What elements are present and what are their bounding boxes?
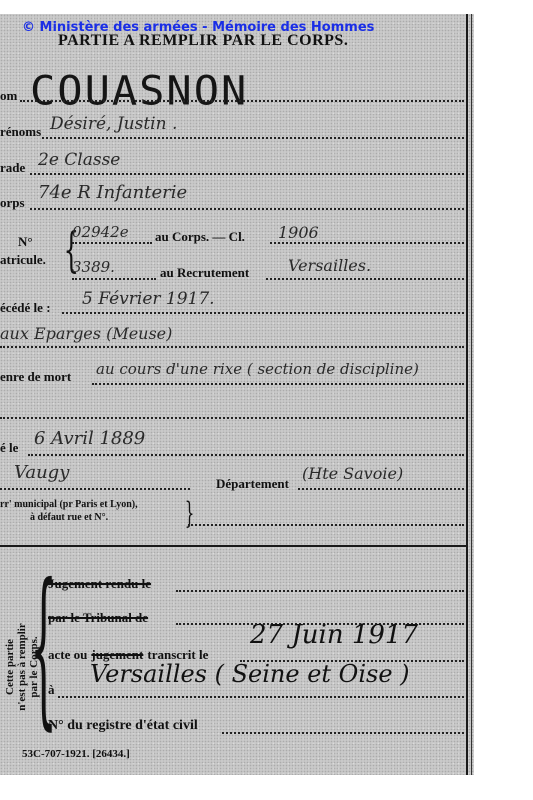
- matricule-label: atricule.: [0, 252, 46, 268]
- recrutement-value: Versailles.: [288, 256, 371, 275]
- ne-le-line: [28, 454, 464, 456]
- grade-label: rade: [0, 160, 25, 176]
- classe-value: 1906: [278, 223, 319, 242]
- matricule-corps-label: au Corps. — Cl.: [155, 229, 245, 245]
- lieu-naissance-value: Vaugy: [14, 462, 69, 483]
- acte-label-1: acte ou: [48, 647, 87, 662]
- arr-line: [188, 524, 464, 526]
- decede-label: écédé le :: [0, 300, 51, 316]
- prenoms-line: [42, 137, 464, 139]
- side-note-line-2: n'est pas à remplir: [16, 592, 28, 742]
- departement-line: [298, 488, 464, 490]
- prenoms-label: rénoms: [0, 124, 41, 140]
- a-value: Versailles ( Seine et Oise ): [90, 660, 410, 688]
- genre-mort-value: au cours d'une rixe ( section de discipl…: [96, 360, 419, 378]
- right-border-rule: [466, 14, 468, 775]
- acte-value: 27 Juin 1917: [250, 620, 418, 650]
- right-border-rule-inner: [471, 14, 472, 775]
- ne-le-value: 6 Avril 1889: [34, 428, 145, 449]
- ne-le-label: é le: [0, 440, 18, 456]
- death-record-document: PARTIE A REMPLIR PAR LE CORPS. COUASNON …: [0, 14, 474, 775]
- grade-value: 2e Classe: [38, 150, 120, 170]
- section-separator: [0, 545, 466, 547]
- genre-mort-label: enre de mort: [0, 369, 71, 385]
- copyright-watermark: © Ministère des armées - Mémoire des Hom…: [22, 20, 374, 35]
- corps-line: [30, 208, 464, 210]
- genre-mort-line: [92, 383, 464, 385]
- nom-line: [20, 100, 464, 102]
- a-line: [58, 696, 464, 698]
- matricule-recrutement-value: 3389.: [72, 258, 115, 276]
- side-note-line-1: Cette partie: [4, 592, 16, 742]
- departement-label: Département: [216, 476, 289, 492]
- jugement-rendu-label: Jugement rendu le: [48, 576, 151, 592]
- grade-line: [30, 173, 464, 175]
- matricule-corps-value: 02942e: [72, 223, 129, 241]
- jugement-rendu-line: [176, 590, 464, 592]
- prenoms-value: Désiré, Justin .: [50, 114, 177, 134]
- corps-label: orps: [0, 195, 25, 211]
- a-label: à: [48, 682, 55, 698]
- departement-value: (Hte Savoie): [302, 464, 403, 483]
- corps-value: 74e R Infanterie: [38, 182, 187, 203]
- blank-line: [0, 417, 464, 419]
- decede-value: 5 Février 1917.: [82, 289, 215, 309]
- arr-label-1: rr' municipal (pr Paris et Lyon),: [0, 499, 138, 510]
- footer-code: 53C-707-1921. [26434.]: [22, 748, 130, 760]
- registre-label: N° du registre d'état civil: [48, 718, 198, 734]
- arr-label-2: à défaut rue et N°.: [30, 512, 108, 523]
- surname-value: COUASNON: [30, 67, 248, 114]
- matricule-recrutement-label: au Recrutement: [160, 265, 249, 281]
- recrutement-line: [266, 278, 464, 280]
- matricule-corps-line: [72, 242, 152, 244]
- nom-label: om: [0, 88, 17, 104]
- lieu-naissance-line: [0, 488, 190, 490]
- registre-line: [222, 732, 464, 734]
- tribunal-label: par le Tribunal de: [48, 610, 148, 626]
- decede-line: [62, 312, 464, 314]
- matricule-recrutement-line: [72, 278, 156, 280]
- lieu-deces-line: [0, 346, 464, 348]
- lieu-deces-value: aux Eparges (Meuse): [0, 324, 172, 343]
- matricule-label-no: N°: [18, 234, 33, 250]
- classe-line: [270, 242, 464, 244]
